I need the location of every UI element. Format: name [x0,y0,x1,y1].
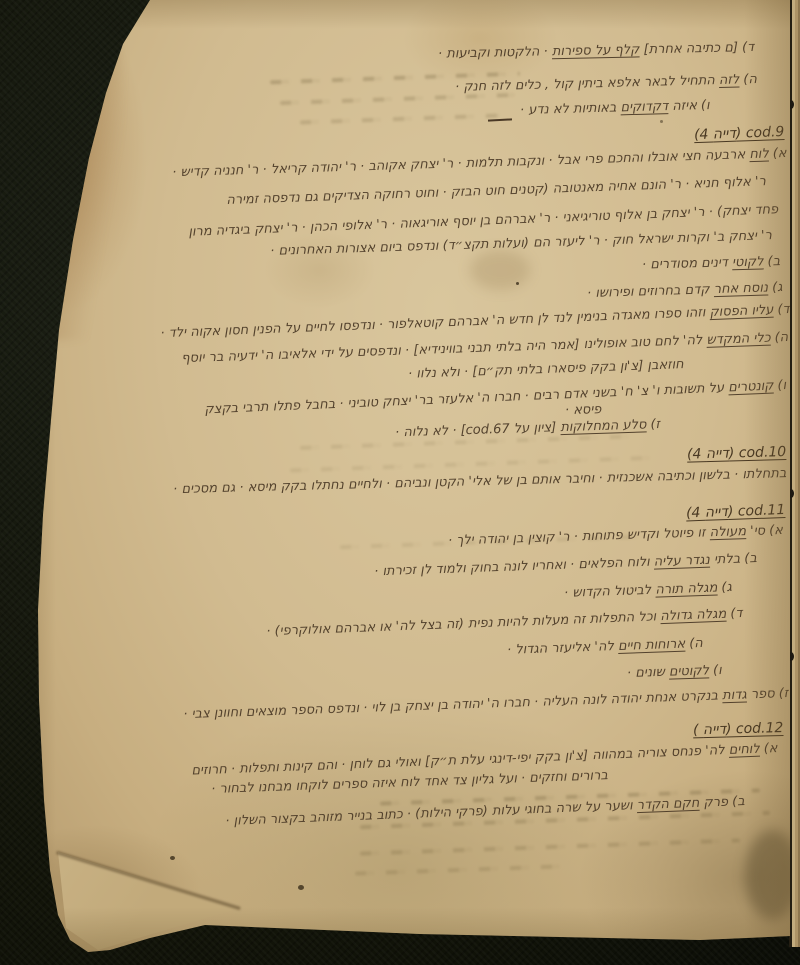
line-text: קדם בחרוזים ופירושו · [587,282,714,301]
underlined-phrase: לקוטים [669,663,710,679]
manuscript-page: 3 ד)[ם כתיבה אחרת] קלף על ספירות · הלקטו… [0,0,800,965]
manuscript-line: א)לוחים לה' פנחס צוריה במהווה [צ'ון בקק … [191,741,778,779]
line-text [726,607,727,622]
line-text [226,193,227,208]
line-marker: ג) [721,580,732,595]
manuscript-line: ז)ספר גדות בנקרט אנחת יהודה לונה העליה ·… [183,686,788,722]
line-text: בתחלתו · בלשון וכתיבה אשכנזית · וחיבר או… [173,466,787,497]
manuscript-line: ה)ארוחות חיים לה' אליעזר הגדול · [507,636,703,658]
line-text: על תשובות ו' צ' ח' בשני אדם רבים · חברו … [204,380,728,417]
line-text [773,379,774,394]
manuscript-line: ג)מגלה תורה לביטול הקדוש · [564,580,732,601]
line-text: שונים · [627,665,669,681]
ghost-text-line [360,811,770,829]
line-text: בלתי [710,552,741,568]
ink-speck [660,120,663,123]
line-text: פרק [699,795,728,811]
line-marker: ה) [689,636,703,651]
line-text [211,782,212,797]
line-text: בנקרט אנחת יהודה לונה העליה · חברו ה' יה… [183,688,722,722]
ghost-text-line [270,72,520,85]
underlined-phrase: עליו הפסוק [710,303,774,320]
line-text: וכל התפלות זה מעלות להיות נפית (זה בצל ל… [266,609,661,639]
underlined-phrase: כלי המקדש [706,331,771,348]
manuscript-line: ב)לקוטי דינים מסודרים · [642,254,781,273]
underlined-phrase: לקוטי [732,254,764,270]
manuscript-line: א)סי' מעולה זו פיוטל וקדיש פתוחות · ר' ק… [448,523,783,549]
underlined-phrase: לוח [750,147,770,163]
underlined-phrase [211,782,212,797]
manuscript-line: א)לוח ארבעה חצי אובלו והחכם פרי אבל · ונ… [173,146,788,180]
line-marker: א) [763,741,777,757]
line-marker [770,174,771,189]
underlined-phrase: לזה [719,72,740,88]
pen-dash [488,118,512,121]
manuscript-line: ד)[ם כתיבה אחרת] קלף על ספירות · הלקטות … [438,40,754,62]
line-text: ר' אלוף חניא · ר' הונם אחיה מאנטובה (קטנ… [226,174,766,208]
crease-shadow [56,851,240,910]
scanned-manuscript-screenshot: 3 ד)[ם כתיבה אחרת] קלף על ספירות · הלקטו… [0,0,800,965]
manuscript-line: ו)לקוטים שונים · [627,663,722,681]
manuscript-line: ב)פרק חקם הקדר ושער על שרה בחוגי עלות (פ… [225,794,745,829]
manuscript-line: פחד יצחק) · ר' יצחק בן אלוף טוריגיאני · … [188,202,782,240]
line-marker: א) [769,523,783,538]
line-text [685,637,686,652]
line-text: באותיות לא נדע · [520,100,621,118]
line-text: [ציון על cod.67] · לא נלוה · [395,420,561,440]
manuscript-line: בתחלתו · בלשון וכתיבה אשכנזית · וחיבר או… [173,466,791,497]
line-text: איזה [668,98,697,114]
line-text: פחד יצחק) · ר' יצחק בן אלוף טוריגיאני · … [188,202,778,240]
underlined-phrase: חקם הקדר [637,796,700,813]
page-edge-strip [789,0,800,947]
ghost-text-line [290,456,660,473]
line-marker: ד) [730,606,743,621]
line-marker [612,768,613,783]
line-marker: ב) [744,551,757,566]
codex-header: (4 דייה) cod.11 [686,502,786,521]
line-marker: ו) [713,663,722,678]
underlined-phrase: נגדר עליה [654,553,711,570]
underlined-phrase: לוחים [728,742,760,758]
underlined-phrase [226,193,227,208]
manuscript-line: ד)מגלה גדולה וכל התפלות זה מעלות להיות נ… [266,606,743,639]
line-text [408,367,409,382]
manuscript-line: ר' אלוף חניא · ר' הונם אחיה מאנטובה (קטנ… [226,174,770,208]
line-text [717,581,718,596]
manuscript-line: ה)כלי המקדש לה' לחם טוב אופולינו [אמר הי… [181,330,788,366]
line-text: לביטול הקדוש · [564,583,656,601]
underlined-phrase: מגלה גדולה [660,607,727,625]
line-text: פיסא · [564,402,601,418]
line-text [759,742,760,757]
manuscript-line: ד)עליו הפסוק וזהו ספרו מאגדה בנימין לנד … [161,302,791,341]
ghost-text-line [300,434,640,450]
ink-speck [170,856,175,860]
underlined-phrase [188,225,189,240]
ghost-text-line [360,838,740,855]
manuscript-line: ה)לזה התחיל לבאר אלפא ביתין קול , כלים ל… [455,72,757,95]
manuscript-line: ג)נוסח אחר קדם בחרוזים ופירושו · [587,280,783,301]
line-text: לה' אליעזר הגדול · [507,639,618,658]
line-text: ארבעה חצי אובלו והחכם פרי אבל · ונקבות ת… [173,147,750,180]
line-text: וזהו ספרו מאגדה בנימין לנד לן חדש ה' אבר… [161,305,711,341]
stain [470,250,530,290]
ghost-text-line [380,788,760,805]
ink-speck [516,282,519,285]
line-text [774,303,775,318]
line-text: חוזאבן [צ'ון בקק פיסארו בלתי תק״ם] · ולא… [408,357,684,382]
line-text: סי' [746,524,766,540]
line-text: ר' יצחק ב' וקרות ישראל חוק · ר' ליעזר הם… [270,228,772,259]
ghost-text-line [340,535,640,549]
line-marker: ז) [650,417,660,432]
manuscript-line: חוזאבן [צ'ון בקק פיסארו בלתי תק״ם] · ולא… [408,357,688,382]
underlined-phrase: גדות [722,687,747,703]
codex-header: (4 דייה) cod.9 [693,124,784,143]
line-marker: ה) [774,330,788,345]
underlined-phrase: קונטרים [728,379,774,396]
line-marker: ב) [767,254,780,269]
underlined-phrase: מעולה [710,524,747,540]
manuscript-line: ר' יצחק ב' וקרות ישראל חוק · ר' ליעזר הם… [270,228,776,259]
line-text: [ם כתיבה אחרת] [639,40,738,57]
underlined-phrase: נוסח אחר [714,280,769,297]
underlined-phrase: ארוחות חיים [618,637,686,654]
line-marker: ג) [772,280,783,295]
line-text: ושער על שרה בחוגי עלות (פרקי הילות) · כת… [225,798,637,829]
underlined-phrase [408,367,409,382]
ink-speck [298,885,304,890]
manuscript-line: פיסא · [564,402,605,418]
line-text: לה' פנחס צוריה במהווה [צ'ון בקק יפי-דינג… [191,743,729,779]
line-marker: ו) [701,98,710,113]
line-marker: ה) [743,72,757,87]
line-marker: ב) [732,794,745,809]
underlined-phrase: מגלה תורה [655,581,718,598]
manuscript-line: ב)בלתי נגדר עליה ולוח הפלאים · ואחריו לו… [374,551,757,579]
line-text: · הלקטות וקביעות · [438,44,552,61]
line-marker [688,357,689,372]
line-text: ספר [746,686,775,702]
line-text [188,225,189,240]
line-text: התחיל לבאר אלפא ביתין קול , כלים לזה חנק… [455,73,719,95]
line-text: זו פיוטל וקדיש פתוחות · ר' קוצין בן יהוד… [448,525,710,548]
line-text: ברורים וחזקים · ועל גליון צד אחד לוח איז… [211,768,608,797]
underlined-phrase: דקדוקים [621,99,669,115]
underlined-phrase: סלע המחלוקות [560,417,647,435]
ghost-text-line [355,864,560,875]
manuscript-line: ו)איזה דקדוקים באותיות לא נדע · [520,98,710,118]
line-marker: ד) [778,302,791,317]
codex-header: (4 דייה) cod.10 [687,444,787,463]
line-text [770,331,771,346]
line-text: לה' לחם טוב אופולינו [אמר היה בלתי תבני … [181,333,707,366]
line-marker [782,202,783,217]
line-marker: ד) [742,40,754,55]
line-marker: ו) [777,378,786,393]
ghost-text-line [280,93,515,105]
line-marker: ז) [778,686,788,701]
manuscript-line: ז)סלע המחלוקות [ציון על cod.67] · לא נלו… [395,417,660,440]
line-text: ולוח הפלאים · ואחריו לונה בחוק ולמוד לן … [374,555,654,580]
line-marker: א) [773,146,787,161]
line-text: דינים מסודרים · [642,255,732,272]
ghost-text-line [300,114,500,125]
manuscript-line: ו)קונטרים על תשובות ו' צ' ח' בשני אדם רב… [204,378,786,417]
manuscript-line: ברורים וחזקים · ועל גליון צד אחד לוח איז… [211,768,612,797]
underlined-phrase: קלף על ספירות [552,42,640,59]
codex-header: ( דייה) cod.12 [693,720,784,738]
